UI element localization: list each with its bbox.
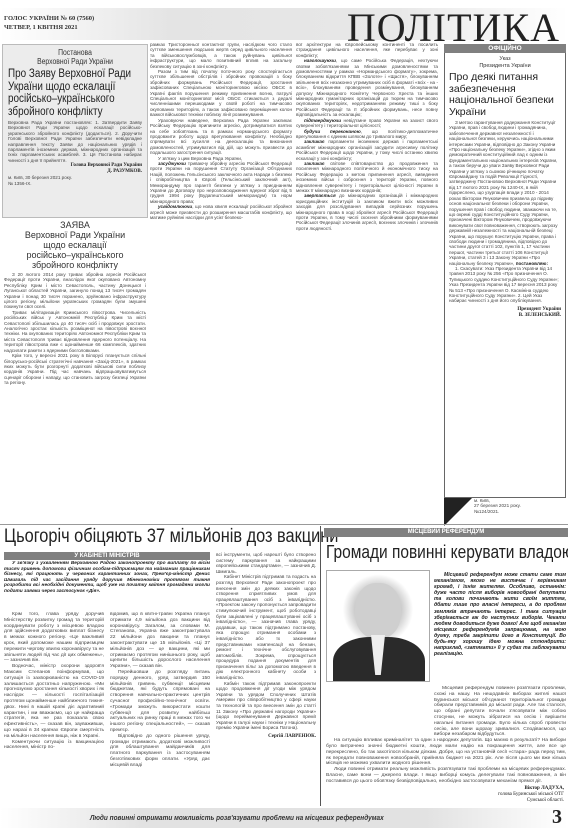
postanova-kicker2: Верховної Ради України	[18, 57, 132, 66]
referendum-paragraph: Місцевий референдум повинен розв'язати п…	[326, 686, 566, 738]
ukaz-kicker2: Президента України	[449, 63, 561, 70]
corner-fold-decoration	[444, 498, 472, 526]
vaccine-paragraph: Кабінет Міністрів підтримав та подасть н…	[216, 574, 316, 680]
emphasis-label: звертається	[304, 193, 336, 198]
referendum-headline: Громади повинні керувати владою	[326, 540, 568, 564]
paper-issue: ГОЛОС УКРАЇНИ № 60 (7560)	[4, 14, 94, 23]
ukaz-preamble: З метою гарантування додержання Конститу…	[449, 120, 558, 266]
vaccine-paragraph: Відповідно до одного рішення уряду, гром…	[110, 734, 210, 769]
photo-face-shape	[355, 583, 401, 639]
zayava-paragraph: , що саме Російська Федерація, нехтуючи …	[296, 58, 438, 117]
emphasis-label: підтверджуючи	[304, 118, 341, 123]
emphasis-label: усвідомлюючи	[158, 204, 192, 209]
zayava-paragraph: З 20 лютого 2014 року триває збройна агр…	[4, 272, 146, 310]
vaccine-author: Сергій ЛАВРЕНЮК.	[216, 734, 316, 740]
issue-date: ЧЕТВЕР, 1 КВІТНЯ 2021	[4, 23, 94, 32]
vaccine-paragraph: Крім того, глава уряду доручив Міністерс…	[4, 612, 104, 664]
masthead: ГОЛОС УКРАЇНИ № 60 (7560) ЧЕТВЕР, 1 КВІТ…	[0, 8, 568, 40]
referendum-author-region: Сумської області.	[498, 798, 564, 804]
zayava-paragraph: Ураховуючи наведене, Верховна Рада Украї…	[150, 118, 292, 156]
emphasis-label: наголошуючи	[304, 58, 336, 63]
page-footer: Люди повинні отримати можливість розв'яз…	[0, 808, 568, 828]
zayava-title-line: Верховної Ради України	[4, 230, 146, 240]
emphasis-label: будучи переконаною	[304, 129, 361, 134]
postanovlyayu-label: постановляю:	[516, 261, 548, 266]
zayava-title-line: щодо ескалації	[4, 240, 146, 250]
zayava-paragraph: Триває мілітаризація Кримського півостро…	[4, 310, 146, 353]
zayava-paragraph: до міжнародних організацій і міжнародних…	[296, 193, 438, 230]
referendum-signature: Віктор ЛАДУХА, голова Буринської міської…	[498, 786, 564, 804]
referendum-bar: МІСЦЕВИЙ РЕФЕРЕНДУМ	[324, 528, 568, 537]
vaccine-headline: Цьогоріч обіцяють 37 мільйонів доз вакци…	[4, 524, 318, 550]
ukaz-number: №124/2021.	[474, 509, 521, 514]
zayava-paragraph: рамках Тристоронньої контактної групи, н…	[150, 42, 292, 69]
referendum-lead: Місцевий референдум може стати саме тим …	[434, 572, 566, 657]
zayava-paragraph: Разом з тим від початку поточного року с…	[150, 69, 292, 118]
vaccine-paragraph: всі інструменти, щоб нарешті було створе…	[216, 552, 316, 574]
emphasis-label: засуджуючи	[158, 161, 186, 166]
postanova-body: Верховна Рада України постановляє: 1. За…	[8, 120, 142, 163]
zayava-paragraph: триваючу збройну агресію Російської Феде…	[150, 161, 292, 204]
page-number: 3	[552, 806, 562, 829]
cabinet-bar: У КАБІНЕТІ МІНІСТРІВ	[4, 552, 210, 560]
zayava-paragraph: світове співтовариство до продовження та…	[296, 161, 438, 193]
vaccine-column-3: всі інструменти, щоб нарешті було створе…	[216, 552, 316, 806]
vaccine-lead: У зв'язку з ухваленням Верховною Радою з…	[4, 561, 210, 595]
vaccine-paragraph: Перейшовши до розгляду питань порядку де…	[110, 670, 210, 734]
ukaz-kicker: Указ	[449, 56, 561, 63]
vaccine-paragraph: відомив, що в квітні-травні Україна план…	[110, 612, 210, 670]
ukaz-body: 1. Скасувати: Указ Президента України ві…	[449, 266, 561, 304]
zayava-paragraph: Крім того, у вересні 2021 року в Білорус…	[4, 353, 146, 385]
zayava-title: ЗАЯВА	[4, 220, 146, 230]
column-divider	[320, 526, 321, 806]
referendum-paragraph: Люди повинні отримати реальну можливість…	[326, 767, 566, 784]
author-photo	[326, 570, 430, 682]
official-bar: ОФІЦІЙНО	[444, 44, 566, 53]
ukaz-title: Про деякі питання забезпечення національ…	[449, 72, 561, 118]
zayava-title-line: збройного конфлікту	[4, 260, 146, 270]
vaccine-paragraph: Кабмін також підтримав законопроекти щод…	[216, 681, 316, 731]
issue-info: ГОЛОС УКРАЇНИ № 60 (7560) ЧЕТВЕР, 1 КВІТ…	[4, 14, 94, 32]
official-box: Указ Президента України Про деякі питанн…	[444, 53, 566, 498]
official-section: ОФІЦІЙНО Указ Президента України Про дея…	[444, 44, 566, 528]
footer-slogan: Люди повинні отримати можливість розв'яз…	[90, 813, 384, 822]
postanova-title: Про Заяву Верховної Ради України щодо ес…	[8, 68, 146, 118]
zayava-title-line: російсько–українського	[4, 250, 146, 260]
emphasis-label: закликає	[304, 139, 325, 144]
zayava-column-2: рамках Тристоронньої контактної групи, н…	[150, 42, 292, 518]
zayava-column-1: ЗАЯВА Верховної Ради України щодо ескала…	[4, 220, 146, 386]
vaccine-column-1: Крім того, глава уряду доручив Міністерс…	[4, 612, 104, 806]
vaccine-paragraph: Водночас, міністр охорони здоров'я Макси…	[4, 664, 104, 739]
postanova-kicker: Постанова	[18, 48, 132, 57]
zayava-paragraph: вої архітектури на Європейському контине…	[296, 42, 438, 58]
postanova-number: № 1356-IX.	[8, 181, 142, 186]
zayava-column-3: вої архітектури на Європейському контине…	[296, 42, 438, 518]
referendum-paragraph: На ситуацію впливає криміналітет та один…	[326, 738, 566, 767]
referendum-body: Місцевий референдум повинен розв'язати п…	[326, 686, 566, 796]
vaccine-article: Цьогоріч обіцяють 37 мільйонів доз вакци…	[4, 524, 316, 550]
postanova-box: Постанова Верховної Ради України Про Зая…	[2, 44, 148, 218]
vaccine-paragraph: Коментуючи ситуацію із вакцинацією насел…	[4, 740, 104, 752]
vaccine-column-2: відомив, що в квітні-травні Україна план…	[110, 612, 210, 806]
ukaz-place-block: м. Київ, 27 березня 2021 року. №124/2021…	[474, 498, 521, 514]
ukaz-signer: В. ЗЕЛЕНСЬКИЙ.	[449, 313, 561, 319]
